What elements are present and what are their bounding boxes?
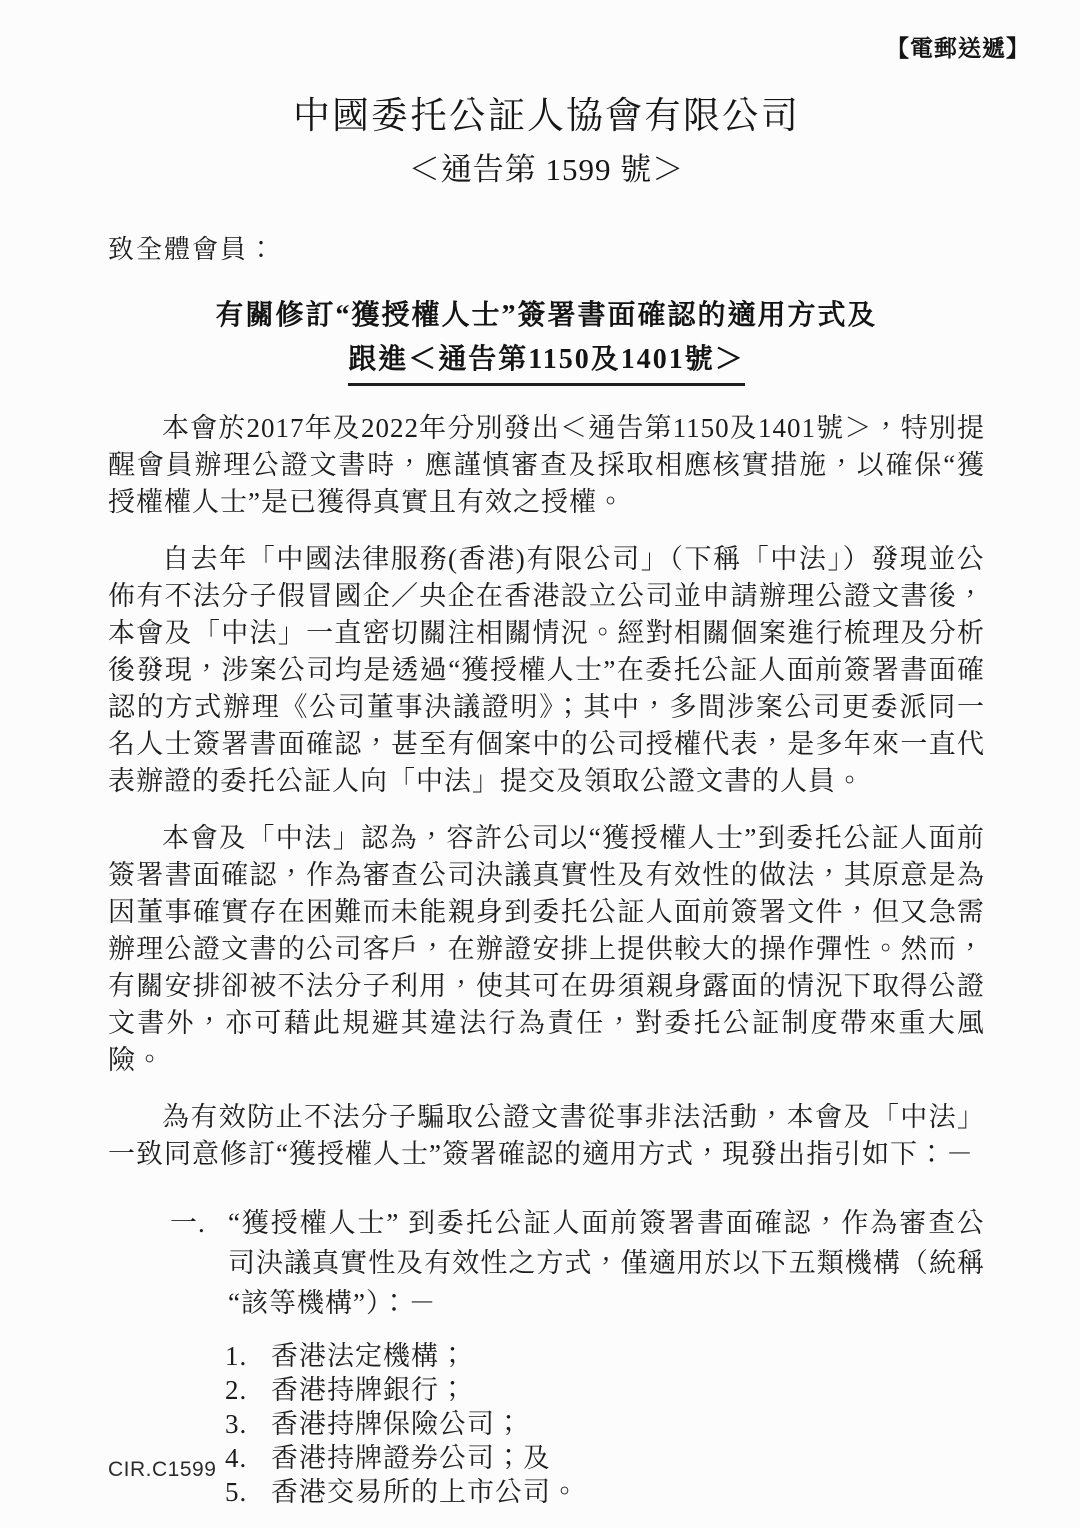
document-content: 中國委托公証人協會有限公司 ＜通告第 1599 號＞ 致全體會員： 有關修訂“獲… [0,94,1080,1509]
list-item: 4. 香港持牌證券公司；及 [225,1441,985,1475]
paragraph-1: 本會於2017年及2022年分別發出＜通告第1150及1401號＞，特別提醒會員… [108,410,985,521]
list-item-number: 2. [225,1373,271,1407]
directive-item-one-text: “獲授權人士” 到委托公証人面前簽署書面確認，作為審查公司決議真實性及有效性之方… [228,1203,985,1323]
circular-number: ＜通告第 1599 號＞ [108,144,985,189]
list-item-number: 3. [225,1407,271,1441]
directive-item-one-marker: 一. [170,1203,228,1323]
subject-heading: 有關修訂“獲授權人士”簽署書面確認的適用方式及 跟進＜通告第1150及1401號… [108,294,985,386]
list-item-label: 香港持牌證券公司；及 [271,1441,985,1475]
document-page: 【電郵送遞】 中國委托公証人協會有限公司 ＜通告第 1599 號＞ 致全體會員：… [0,0,1080,1528]
subject-heading-line-1: 有關修訂“獲授權人士”簽署書面確認的適用方式及 [108,294,985,337]
paragraph-4: 為有效防止不法分子騙取公證文書從事非法活動，本會及「中法」一致同意修訂“獲授權人… [108,1099,985,1173]
list-item-label: 香港持牌銀行； [271,1373,985,1407]
footer-circular-reference: CIR.C1599 [108,1458,216,1482]
list-item: 3. 香港持牌保險公司； [225,1407,985,1441]
salutation: 致全體會員： [108,229,985,266]
paragraph-3: 本會及「中法」認為，容許公司以“獲授權人士”到委托公証人面前簽署書面確認，作為審… [108,820,985,1079]
list-item-label: 香港交易所的上市公司。 [271,1475,985,1509]
list-item-number: 5. [225,1475,271,1509]
list-item: 1. 香港法定機構； [225,1339,985,1373]
delivery-method-tag: 【電郵送遞】 [886,30,1030,63]
institution-list: 1. 香港法定機構； 2. 香港持牌銀行； 3. 香港持牌保險公司； 4. 香港… [108,1339,985,1509]
organization-name: 中國委托公証人協會有限公司 [108,94,985,140]
subject-heading-line-2-underlined: 跟進＜通告第1150及1401號＞ [348,338,744,386]
list-item-label: 香港法定機構； [271,1339,985,1373]
paragraph-2: 自去年「中國法律服務(香港)有限公司」（下稱「中法」）發現並公佈有不法分子假冒國… [108,541,985,800]
list-item-label: 香港持牌保險公司； [271,1407,985,1441]
list-item-number: 4. [225,1441,271,1475]
directive-item-one: 一. “獲授權人士” 到委托公証人面前簽署書面確認，作為審查公司決議真實性及有效… [108,1203,985,1323]
list-item: 5. 香港交易所的上市公司。 [225,1475,985,1509]
list-item: 2. 香港持牌銀行； [225,1373,985,1407]
list-item-number: 1. [225,1339,271,1373]
